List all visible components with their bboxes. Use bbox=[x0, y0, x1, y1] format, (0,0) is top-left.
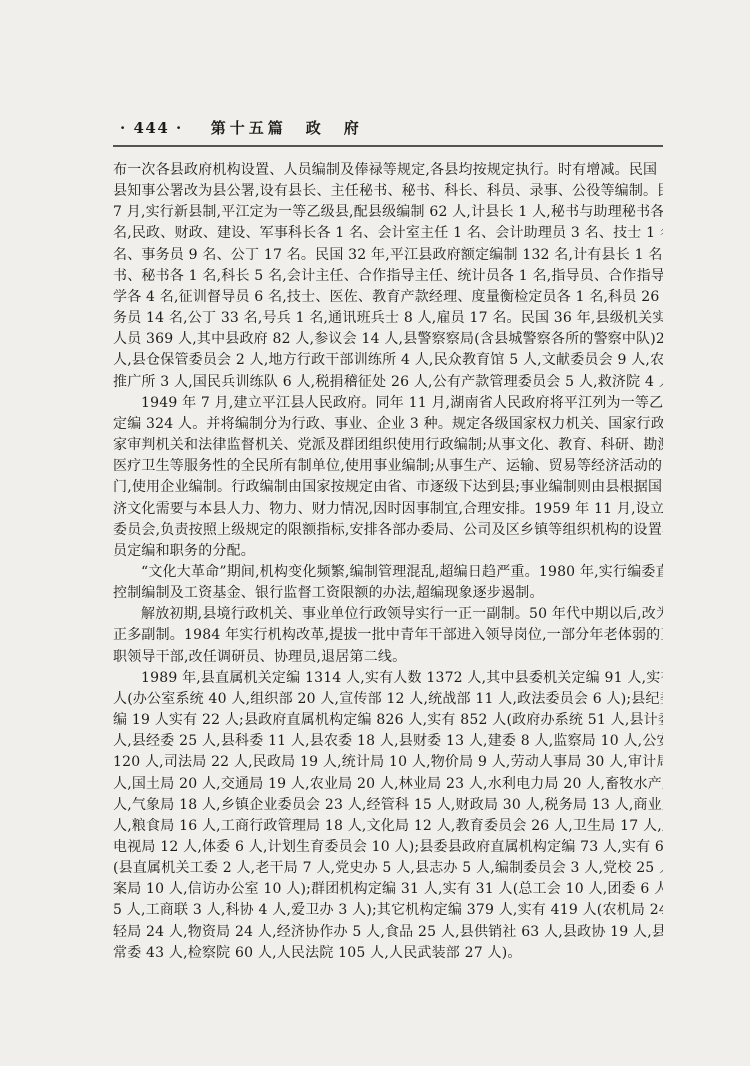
text-line: 布一次各县政府机构设置、人员编制及俸禄等规定,各县均按规定执行。时有增减。民国 … bbox=[113, 160, 663, 181]
text-line: 人,国土局 20 人,交通局 19 人,农业局 20 人,林业局 23 人,水利… bbox=[113, 774, 663, 795]
text-line: 电视局 12 人,体委 6 人,计划生育委员会 10 人);县委县政府直属机构定… bbox=[113, 837, 663, 858]
text-line: 编 19 人实有 22 人;县政府直属机构定编 826 人,实有 852 人(政… bbox=[113, 710, 663, 731]
paragraph: 解放初期,县境行政机关、事业单位行政领导实行一正一副制。50 年代中期以后,改为… bbox=[113, 604, 663, 667]
text-line: 济文化需要与本县人力、物力、财力情况,因时因事制宜,合理安排。1959 年 11… bbox=[113, 499, 663, 520]
text-line: 名、事务员 9 名、公丁 17 名。民国 32 年,平江县政府额定编制 132 … bbox=[113, 245, 663, 266]
text-line: 常委 43 人,检察院 60 人,人民法院 105 人,人民武装部 27 人)。 bbox=[113, 943, 663, 964]
scanned-page: · 444 · 第十五篇 政 府 布一次各县政府机构设置、人员编制及俸禄等规定,… bbox=[0, 0, 750, 1066]
paragraph: 1949 年 7 月,建立平江县人民政府。同年 11 月,湖南省人民政府将平江列… bbox=[113, 393, 663, 562]
text-line: 人,县经委 25 人,县科委 11 人,县农委 18 人,县财委 13 人,建委… bbox=[113, 731, 663, 752]
page-header: · 444 · 第十五篇 政 府 bbox=[113, 117, 663, 138]
text-line: 医疗卫生等服务性的全民所有制单位,使用事业编制;从事生产、运输、贸易等经济活动的… bbox=[113, 456, 663, 477]
text-line: 学各 4 名,征训督导员 6 名,技士、医佐、教育产款经理、度量衡检定员各 1 … bbox=[113, 287, 663, 308]
text-line: 职领导干部,改任调研员、协理员,退居第二线。 bbox=[113, 647, 663, 668]
text-line: 员定编和职务的分配。 bbox=[113, 541, 663, 562]
text-line: (县直属机关工委 2 人,老干局 7 人,党史办 5 人,县志办 5 人,编制委… bbox=[113, 858, 663, 879]
paragraph: “文化大革命”期间,机构变化频繁,编制管理混乱,超编日趋严重。1980 年,实行… bbox=[113, 562, 663, 604]
text-line: 轻局 24 人,物资局 24 人,经济协作办 5 人,食品 25 人,县供销社 … bbox=[113, 922, 663, 943]
text-line: 正多副制。1984 年实行机构改革,提拔一批中青年干部进入领导岗位,一部分年老体… bbox=[113, 625, 663, 646]
paragraph: 1989 年,县直属机关定编 1314 人,实有人数 1372 人,其中县委机关… bbox=[113, 668, 663, 964]
text-line: 名,民政、财政、建设、军事科长各 1 名、会计室主任 1 名、会计助理员 3 名… bbox=[113, 223, 663, 244]
text-line: 书、秘书各 1 名,科长 5 名,会计主任、合作指导主任、统计员各 1 名,指导… bbox=[113, 266, 663, 287]
text-line: 7 月,实行新县制,平江定为一等乙级县,配县级编制 62 人,计县长 1 人,秘… bbox=[113, 202, 663, 223]
text-line: 人,气象局 18 人,乡镇企业委员会 23 人,经管科 15 人,财政局 30 … bbox=[113, 795, 663, 816]
text-line: 委员会,负责按照上级规定的限额指标,安排各部办委局、公司及区乡镇等组织机构的设置… bbox=[113, 520, 663, 541]
text-line: 门,使用企业编制。行政编制由国家按规定由省、市逐级下达到县;事业编制则由县根据国… bbox=[113, 477, 663, 498]
page-number: · 444 · bbox=[120, 119, 183, 137]
text-line: 人(办公室系统 40 人,组织部 20 人,宣传部 12 人,统战部 11 人,… bbox=[113, 689, 663, 710]
text-line: 120 人,司法局 22 人,民政局 19 人,统计局 10 人,物价局 9 人… bbox=[113, 752, 663, 773]
text-line: 人,县仓保管委员会 2 人,地方行政干部训练所 4 人,民众教育馆 5 人,文献… bbox=[113, 350, 663, 371]
text-line: “文化大革命”期间,机构变化频繁,编制管理混乱,超编日趋严重。1980 年,实行… bbox=[113, 562, 663, 583]
document-body: 布一次各县政府机构设置、人员编制及俸禄等规定,各县均按规定执行。时有增减。民国 … bbox=[113, 160, 663, 964]
header-rule bbox=[113, 145, 663, 147]
text-line: 1949 年 7 月,建立平江县人民政府。同年 11 月,湖南省人民政府将平江列… bbox=[113, 393, 663, 414]
text-line: 人员 369 人,其中县政府 82 人,参议会 14 人,县警察察局(含县城警察… bbox=[113, 329, 663, 350]
section-title: 第十五篇 政 府 bbox=[211, 117, 363, 138]
text-line: 控制编制及工资基金、银行监督工资限额的办法,超编现象逐步遏制。 bbox=[113, 583, 663, 604]
text-line: 1989 年,县直属机关定编 1314 人,实有人数 1372 人,其中县委机关… bbox=[113, 668, 663, 689]
text-line: 推广所 3 人,国民兵训练队 6 人,税捐稽征处 26 人,公有产款管理委员会 … bbox=[113, 372, 663, 393]
paragraph: 布一次各县政府机构设置、人员编制及俸禄等规定,各县均按规定执行。时有增减。民国 … bbox=[113, 160, 663, 393]
text-line: 县知事公署改为县公署,设有县长、主任秘书、秘书、科长、科员、录事、公役等编制。民… bbox=[113, 181, 663, 202]
text-line: 务员 14 名,公丁 33 名,号兵 1 名,通讯班兵士 8 人,雇员 17 名… bbox=[113, 308, 663, 329]
text-line: 家审判机关和法律监督机关、党派及群团组织使用行政编制;从事文化、教育、科研、勘测… bbox=[113, 435, 663, 456]
text-line: 5 人,工商联 3 人,科协 4 人,爱卫办 3 人);其它机构定编 379 人… bbox=[113, 900, 663, 921]
text-line: 定编 324 人。并将编制分为行政、事业、企业 3 种。规定各级国家权力机关、国… bbox=[113, 414, 663, 435]
text-line: 解放初期,县境行政机关、事业单位行政领导实行一正一副制。50 年代中期以后,改为… bbox=[113, 604, 663, 625]
text-line: 人,粮食局 16 人,工商行政管理局 18 人,文化局 12 人,教育委员会 2… bbox=[113, 816, 663, 837]
text-line: 案局 10 人,信访办公室 10 人);群团机构定编 31 人,实有 31 人(… bbox=[113, 879, 663, 900]
page-content: · 444 · 第十五篇 政 府 布一次各县政府机构设置、人员编制及俸禄等规定,… bbox=[113, 117, 663, 964]
